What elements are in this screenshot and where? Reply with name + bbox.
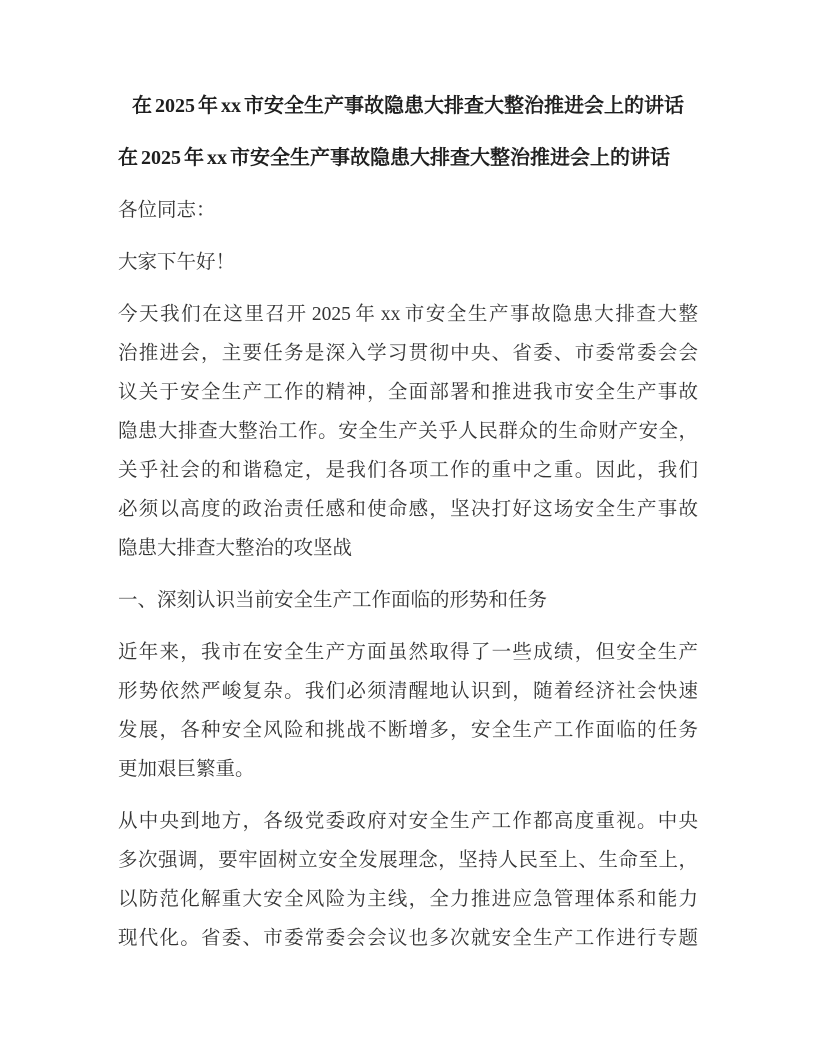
paragraph-line: 必须以高度的政治责任感和使命感，坚决打好这场安全生产事故 <box>118 490 698 529</box>
paragraph-3: 从中央到地方，各级党委政府对安全生产工作都高度重视。中央 多次强调，要牢固树立安… <box>118 802 698 958</box>
paragraph-line: 发展，各种安全风险和挑战不断增多，安全生产工作面临的任务 <box>118 711 698 750</box>
paragraph-line: 治推进会，主要任务是深入学习贯彻中央、省委、市委常委会会 <box>118 334 698 373</box>
paragraph-line: 形势依然严峻复杂。我们必须清醒地认识到，随着经济社会快速 <box>118 672 698 711</box>
paragraph-2: 近年来，我市在安全生产方面虽然取得了一些成绩，但安全生产 形势依然严峻复杂。我们… <box>118 633 698 789</box>
paragraph-line: 今天我们在这里召开 2025 年 xx 市安全生产事故隐患大排查大整 <box>118 295 698 334</box>
salutation: 各位同志： <box>118 191 698 230</box>
paragraph-line: 以防范化解重大安全风险为主线，全力推进应急管理体系和能力 <box>118 880 698 919</box>
paragraph-line: 隐患大排查大整治工作。安全生产关乎人民群众的生命财产安全， <box>118 412 698 451</box>
document-page: 在 2025 年 xx 市安全生产事故隐患大排查大整治推进会上的讲话 在 202… <box>0 0 816 1056</box>
greeting: 大家下午好！ <box>118 243 698 282</box>
document-subtitle: 在 2025 年 xx 市安全生产事故隐患大排查大整治推进会上的讲话 <box>118 139 698 178</box>
paragraph-line: 近年来，我市在安全生产方面虽然取得了一些成绩，但安全生产 <box>118 633 698 672</box>
paragraph-line: 现代化。省委、市委常委会会议也多次就安全生产工作进行专题 <box>118 919 698 958</box>
paragraph-line: 多次强调，要牢固树立安全发展理念，坚持人民至上、生命至上， <box>118 841 698 880</box>
section-heading-1: 一、深刻认识当前安全生产工作面临的形势和任务 <box>118 581 698 620</box>
paragraph-line: 隐患大排查大整治的攻坚战 <box>118 529 698 568</box>
document-title: 在 2025 年 xx 市安全生产事故隐患大排查大整治推进会上的讲话 <box>118 87 698 126</box>
paragraph-1: 今天我们在这里召开 2025 年 xx 市安全生产事故隐患大排查大整 治推进会，… <box>118 295 698 568</box>
paragraph-line: 议关于安全生产工作的精神，全面部署和推进我市安全生产事故 <box>118 373 698 412</box>
paragraph-line: 从中央到地方，各级党委政府对安全生产工作都高度重视。中央 <box>118 802 698 841</box>
paragraph-line: 关乎社会的和谐稳定，是我们各项工作的重中之重。因此，我们 <box>118 451 698 490</box>
paragraph-line: 更加艰巨繁重。 <box>118 750 698 789</box>
